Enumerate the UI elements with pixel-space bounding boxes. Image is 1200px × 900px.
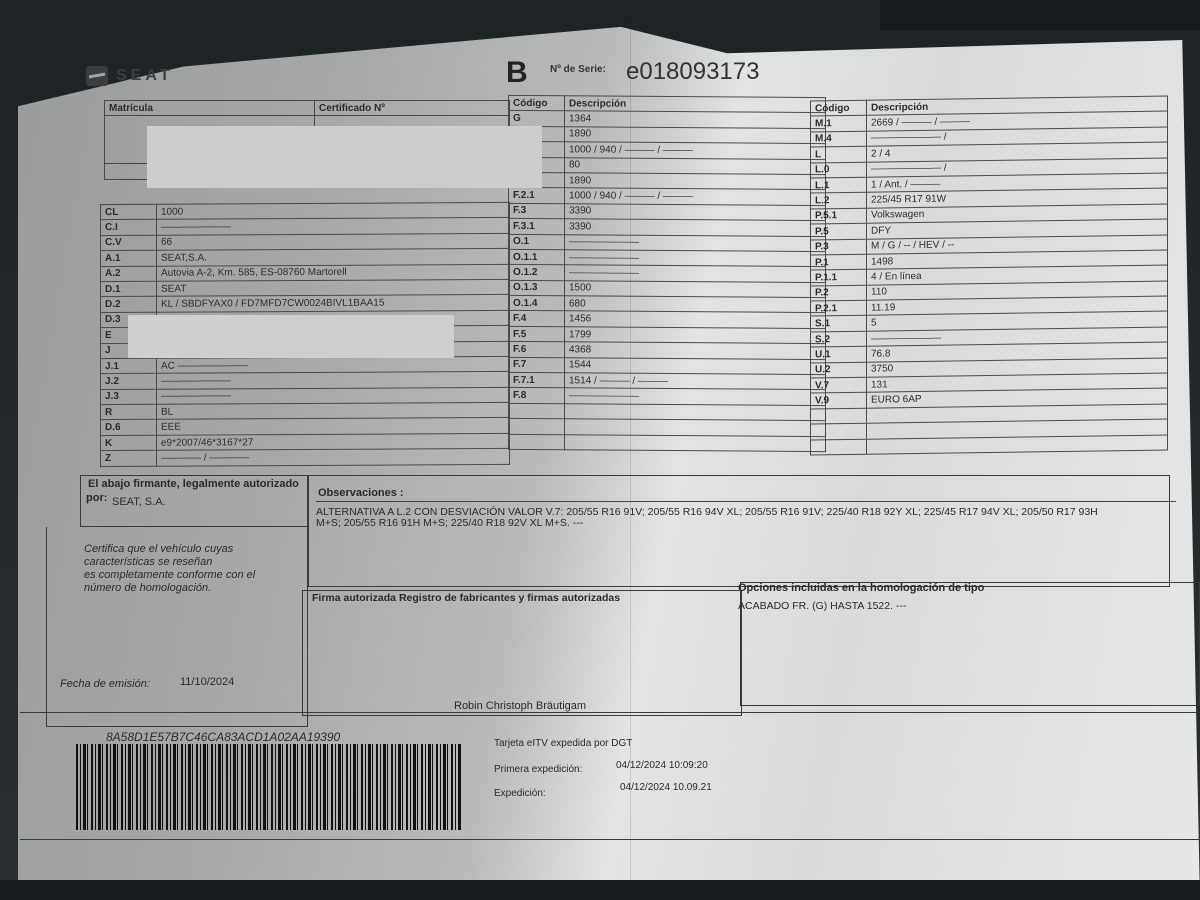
field-code: L.1 [811, 177, 867, 193]
seat-logo: SEAT [86, 66, 173, 86]
field-value: ——————— [565, 388, 826, 405]
field-code: S.1 [811, 316, 867, 332]
field-code [811, 408, 867, 424]
primera-expedicion-label: Primera expedición: [494, 764, 582, 775]
field-code: P.1.1 [811, 270, 867, 286]
field-value: 1000 [157, 202, 510, 219]
seat-logo-icon [86, 66, 108, 86]
field-code: P.5.1 [811, 208, 867, 224]
field-code: R [101, 404, 157, 420]
field-code: F.3.1 [509, 219, 565, 235]
fecha-emision-value: 11/10/2024 [180, 676, 234, 688]
field-code: U.2 [811, 362, 867, 378]
field-value: 1000 / 940 / ——— / ——— [565, 188, 826, 205]
field-value: ——————— [157, 372, 510, 389]
field-value: 1500 [565, 280, 826, 297]
field-value: ——————— [157, 387, 510, 404]
field-value [565, 434, 826, 451]
brand-name: SEAT [116, 67, 173, 85]
field-code: P.2.1 [811, 300, 867, 316]
field-code: O.1 [509, 234, 565, 250]
field-code: V.7 [811, 377, 867, 393]
field-code: P.1 [811, 254, 867, 270]
field-code [811, 423, 867, 439]
certifica-text: Certifica que el vehículo cuyas caracter… [84, 543, 255, 595]
field-code: P.3 [811, 239, 867, 255]
field-code [509, 403, 565, 419]
field-value [565, 404, 826, 421]
code-header: Código [811, 100, 867, 116]
field-value: 1544 [565, 357, 826, 374]
field-value: 1456 [565, 311, 826, 328]
field-code: P.5 [811, 223, 867, 239]
field-value: AC ——————— [157, 356, 510, 373]
field-code: J.1 [101, 358, 157, 374]
field-value: 66 [157, 233, 510, 250]
field-code: F.5 [509, 326, 565, 342]
field-value: ——————— [565, 250, 826, 267]
field-code [509, 419, 565, 435]
field-value: 1364 [565, 111, 826, 128]
field-value: ——————— [565, 265, 826, 282]
field-value: 4368 [565, 342, 826, 359]
field-code: S.2 [811, 331, 867, 347]
opciones-label: Opciones incluidas en la homologación de… [738, 582, 984, 594]
field-value: ——————— [565, 234, 826, 251]
signatory-heading: El abajo firmante, legalmente autorizado [88, 478, 299, 490]
barcode [76, 744, 462, 830]
matricula-label: Matrícula [105, 101, 315, 116]
field-value: BL [157, 403, 510, 420]
field-value: 1890 [565, 127, 826, 144]
field-code [811, 439, 867, 455]
field-value: 80 [565, 157, 826, 174]
serie-value: e018093173 [626, 58, 759, 86]
expedicion-label: Expedición: [494, 788, 546, 799]
por-value: SEAT, S.A. [112, 496, 166, 508]
field-row: Z———— / ———— [101, 449, 510, 467]
code-header: Código [509, 95, 565, 111]
field-value: ———— / ———— [157, 449, 510, 466]
field-code: K [101, 435, 157, 451]
field-code: F.7.1 [509, 372, 565, 388]
tarjeta-label: Tarjeta eITV expedida por DGT [494, 738, 632, 749]
field-code: G [509, 111, 565, 127]
field-code: M.4 [811, 131, 867, 147]
field-code: J.2 [101, 374, 157, 390]
observaciones-line1: ALTERNATIVA A L.2 CON DESVIACIÓN VALOR V… [316, 501, 1176, 518]
field-code: V.9 [811, 393, 867, 409]
field-value: EEE [157, 418, 510, 435]
field-value: 680 [565, 296, 826, 313]
field-code: F.3 [509, 203, 565, 219]
field-code: L.2 [811, 193, 867, 209]
observations-box [308, 475, 1170, 587]
field-code: A.2 [101, 266, 157, 282]
middle-fields-table: CódigoDescripciónG136418901000 / 940 / —… [508, 95, 826, 452]
field-value: 1000 / 940 / ——— / ——— [565, 142, 826, 159]
field-value: 3390 [565, 219, 826, 236]
right-fields-table: CódigoDescripciónM.12669 / ——— / ———M.4—… [810, 96, 1168, 456]
field-code: J.3 [101, 389, 157, 405]
field-code: M.1 [811, 116, 867, 132]
field-code: D.2 [101, 297, 157, 313]
field-value: ——————— [157, 218, 510, 235]
field-code: CL [101, 204, 157, 220]
description-header: Descripción [565, 96, 826, 113]
eitv-card: SEAT B Nº de Serie: e018093173 Matrícula… [0, 0, 1200, 900]
card-type-letter: B [506, 56, 528, 90]
field-value: SEAT,S.A. [157, 249, 510, 266]
observaciones-label: Observaciones : [318, 487, 404, 499]
field-code: O.1.3 [509, 280, 565, 296]
field-value [565, 419, 826, 436]
field-code: A.1 [101, 250, 157, 266]
field-value [867, 435, 1168, 455]
firma-label: Firma autorizada Registro de fabricantes… [312, 592, 620, 604]
expedicion-value: 04/12/2024 10.09.21 [620, 782, 712, 793]
field-value: 3390 [565, 204, 826, 221]
field-value: e9*2007/46*3167*27 [157, 433, 510, 450]
field-value: 1890 [565, 173, 826, 190]
barcode-text: 8A58D1E57B7C46CA83ACD1A02AA19390 [106, 730, 340, 744]
field-value: Autovia A-2, Km. 585, ES-08760 Martorell [157, 264, 510, 281]
field-code: C.I [101, 220, 157, 236]
field-code: L.0 [811, 162, 867, 178]
field-code: O.1.2 [509, 265, 565, 281]
observaciones-line2: M+S; 205/55 R16 91H M+S; 225/40 R18 92V … [316, 517, 583, 529]
field-code: P.2 [811, 285, 867, 301]
field-code: F.7 [509, 357, 565, 373]
redaction-box [128, 315, 454, 358]
field-code: U.1 [811, 346, 867, 362]
field-code: L [811, 146, 867, 162]
field-code: O.1.1 [509, 249, 565, 265]
field-row [509, 434, 826, 452]
field-code: F.4 [509, 311, 565, 327]
field-code: F.6 [509, 342, 565, 358]
field-code: D.1 [101, 281, 157, 297]
field-value: SEAT [157, 279, 510, 296]
redaction-box [147, 126, 542, 188]
field-code: D.6 [101, 420, 157, 436]
primera-expedicion-value: 04/12/2024 10:09:20 [616, 760, 708, 771]
field-code: Z [101, 451, 157, 467]
por-label: por: [86, 492, 107, 504]
field-code: F.2.1 [509, 188, 565, 204]
field-code: C.V [101, 235, 157, 251]
field-code [509, 434, 565, 450]
signature-box [302, 590, 742, 716]
serie-label: Nº de Serie: [550, 64, 606, 75]
field-value: 1799 [565, 327, 826, 344]
firma-name: Robin Christoph Bräutigam [454, 700, 586, 712]
field-code: F.8 [509, 388, 565, 404]
fecha-emision-label: Fecha de emisión: [60, 678, 150, 690]
field-code: O.1.4 [509, 295, 565, 311]
opciones-value: ACABADO FR. (G) HASTA 1522. --- [738, 600, 906, 612]
field-value: 1514 / ——— / ——— [565, 373, 826, 390]
field-value: KL / SBDFYAX0 / FD7MFD7CW0024BIVL1BAA15 [157, 295, 510, 312]
certificado-label: Certificado Nº [315, 101, 510, 116]
